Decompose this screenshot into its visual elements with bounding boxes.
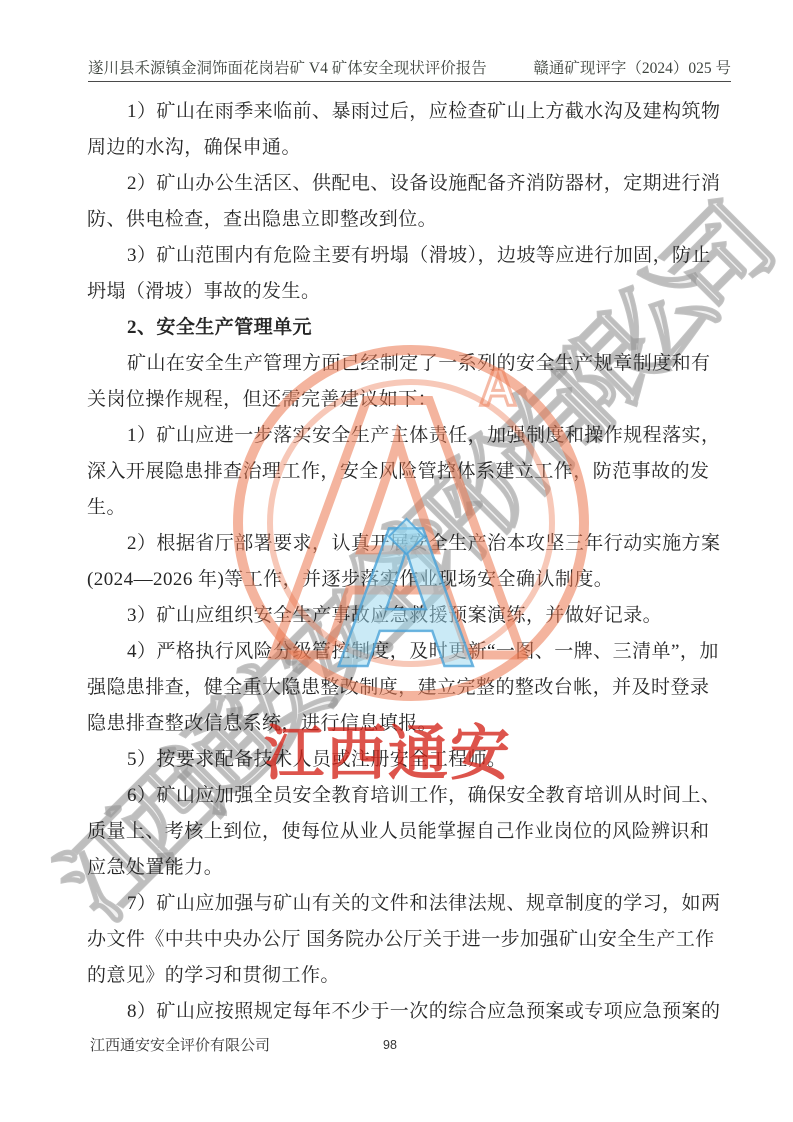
body-line: 8）矿山应按照规定每年不少于一次的综合应急预案或专项应急预案的 — [87, 994, 731, 1030]
body-line: 办文件《中共中央办公厅 国务院办公厅关于进一步加强矿山安全生产工作 — [87, 922, 731, 958]
body-line: 7）矿山应加强与矿山有关的文件和法律法规、规章制度的学习，如两 — [87, 886, 731, 922]
body-line: 关岗位操作规程，但还需完善建议如下： — [87, 382, 731, 418]
document-page: 江西通安安全评价有限公司 遂川县禾源镇金洞饰面花岗岩矿 V4 矿体安全现状评价报… — [0, 0, 793, 1122]
body-line: 应急处置能力。 — [87, 850, 731, 886]
body-line: 1）矿山应进一步落实安全生产主体责任，加强制度和操作规程落实， — [87, 418, 731, 454]
body-line: 深入开展隐患排查治理工作，安全风险管控体系建立工作，防范事故的发 — [87, 454, 731, 490]
body-line: 2）根据省厅部署要求，认真开展安全生产治本攻坚三年行动实施方案 — [87, 526, 731, 562]
body-line: 2）矿山办公生活区、供配电、设备设施配备齐消防器材，定期进行消 — [87, 166, 731, 202]
header-report-title: 遂川县禾源镇金洞饰面花岗岩矿 V4 矿体安全现状评价报告 — [88, 56, 487, 78]
body-line: 生。 — [87, 490, 731, 526]
body-line: 矿山在安全生产管理方面已经制定了一系列的安全生产规章制度和有 — [87, 346, 731, 382]
body-line: 周边的水沟，确保申通。 — [87, 130, 731, 166]
body-line: 4）严格执行风险分级管控制度，及时更新“一图、一牌、三清单”，加 — [87, 634, 731, 670]
body-line: 质量上、考核上到位，使每位从业人员能掌握自己作业岗位的风险辨识和 — [87, 814, 731, 850]
body-line: 3）矿山范围内有危险主要有坍塌（滑坡），边坡等应进行加固，防止 — [87, 238, 731, 274]
body-line: 的意见》的学习和贯彻工作。 — [87, 958, 731, 994]
body-line: (2024—2026 年)等工作，并逐步落实作业现场安全确认制度。 — [87, 562, 731, 598]
header-doc-number: 赣通矿现评字（2024）025 号 — [533, 56, 731, 78]
body-line: 6）矿山应加强全员安全教育培训工作，确保安全教育培训从时间上、 — [87, 778, 731, 814]
body-line: 防、供电检查，查出隐患立即整改到位。 — [87, 202, 731, 238]
body-line: 2、安全生产管理单元 — [87, 310, 731, 346]
body-line: 3）矿山应组织安全生产事故应急救援预案演练，并做好记录。 — [87, 598, 731, 634]
body-line: 隐患排查整改信息系统，进行信息填报。 — [87, 706, 731, 742]
body-text: 1）矿山在雨季来临前、暴雨过后，应检查矿山上方截水沟及建构筑物周边的水沟，确保申… — [87, 94, 731, 1030]
body-line: 强隐患排查，健全重大隐患整改制度，建立完整的整改台帐，并及时登录 — [87, 670, 731, 706]
page-number: 98 — [0, 1038, 780, 1052]
body-line: 坍塌（滑坡）事故的发生。 — [87, 274, 731, 310]
body-line: 5）按要求配备技术人员或注册安全工程师。 — [87, 742, 731, 778]
page-header: 遂川县禾源镇金洞饰面花岗岩矿 V4 矿体安全现状评价报告 赣通矿现评字（2024… — [88, 56, 731, 82]
body-line: 1）矿山在雨季来临前、暴雨过后，应检查矿山上方截水沟及建构筑物 — [87, 94, 731, 130]
